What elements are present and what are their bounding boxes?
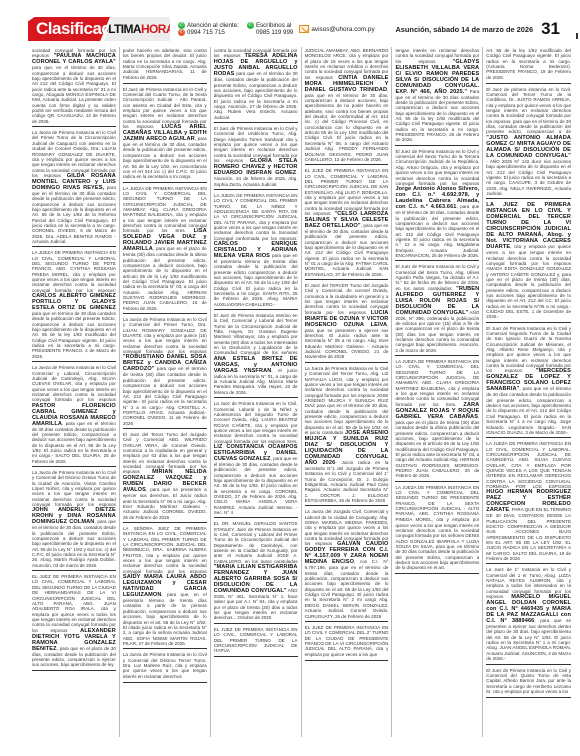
notice-parties: CARLOS ALBERTO GIMENEZ PORTILLO Y GLADYS…	[32, 293, 116, 311]
legal-notice: El Juez de Primera Instancia en lo Civil…	[486, 667, 571, 698]
margin-mark	[576, 33, 578, 39]
legal-notice: poder hacerlo en adelante, sino contra l…	[123, 47, 207, 84]
legal-notice: LA JUEZ DE PRIMERA INSTANCIA EN LO CIVIL…	[486, 201, 571, 322]
notice-text-cont: , para que en el plazo de treinta (30) d…	[395, 414, 479, 478]
legal-notice: LA JUEZA DE PRIMERA INSTANCIA EN LO CIVI…	[395, 358, 479, 482]
notice-text: EL JUEZ DE PRIMERA INSTANCIA EN LO CIVIL…	[305, 168, 389, 216]
column-5: tengan interés en reclamar derechos cont…	[392, 47, 483, 737]
notice-text: EL JUEZ DE PRIMERA INSTANCIA EN LO CIVIL…	[214, 627, 298, 653]
legal-notice: El Juez de Primera Instancia en lo Civil…	[214, 125, 298, 190]
notice-text-cont: AÑO 2026, N° 396, ordenando la publicaci…	[395, 310, 479, 353]
dateline: Asunción, sábado 14 de marzo de 2026	[395, 25, 533, 34]
notice-text: La Jueza de Primera Instancia en lo Civi…	[123, 317, 207, 354]
phone-icon: ✆	[178, 29, 185, 36]
legal-notice: La Juez de Primera Instancia en lo Civil…	[214, 400, 298, 518]
legal-notice: La Jueza de Primera Instancia en lo Civi…	[123, 651, 207, 682]
notice-text: La Jueza de Primera Instancia en lo Civi…	[305, 366, 389, 435]
notice-text: EL JUEZ DE PRIMERA INSTANCIA EN LO CIVIL…	[32, 574, 116, 632]
notice-text: El Juez del Tercer Turno del Juzgado Civ…	[123, 432, 207, 474]
legal-notice: tengan interés en reclamar derechos cont…	[395, 47, 479, 146]
legal-notice: El Juez del TERCER Turno del Juzgado Civ…	[305, 282, 389, 363]
notice-text: El Juez de Primera Instancia en lo Civil…	[123, 87, 207, 129]
notice-text-cont: , para que en el término de 30 días cont…	[486, 386, 571, 434]
notice-text: poder hacerlo en adelante, sino contra l…	[123, 48, 207, 80]
legal-notice: El Juez de primera instancia en lo Civil…	[486, 86, 571, 200]
notice-text: La Jueza de Primera Instancia en lo Civi…	[32, 470, 116, 507]
legal-notice: La Jueza de Primera Instancia en lo Civi…	[305, 365, 389, 507]
notice-text-cont: Para que en el término de 30 días contad…	[395, 89, 479, 143]
notice-parties: LA JUEZ DE PRIMERA INSTANCIA EN LO CIVIL…	[486, 202, 571, 250]
legal-notice: LA SEÑORA JUEZ DE PRIMERA INSTANCIA EN L…	[123, 525, 207, 649]
page-number: 31	[541, 19, 560, 39]
write-us-phone[interactable]: 0985 119 999	[256, 29, 293, 36]
legal-notice: El Juez del Tercer Turno del Juzgado Civ…	[123, 431, 207, 523]
notice-text: La Jueza de Primera Instancia en lo Civi…	[32, 130, 116, 178]
legal-notice: EL DR. MANUEL GERALDO SANTOS STANLEY, Ju…	[214, 520, 298, 623]
column-2: poder hacerlo en adelante, sino contra l…	[120, 47, 211, 737]
column-4: JUDICIAL AMAMBAY, ABG. BERNARDO MONGELOS…	[302, 47, 393, 737]
legal-notice: La Jueza de Primera Instancia en lo Civi…	[32, 129, 116, 247]
notice-text-cont: , para que en el término de 30 días, con…	[32, 519, 116, 567]
notice-text-cont: para que en el término de treinta (30) d…	[123, 366, 207, 425]
notice-parties: "MARIA LILIAN ESTIGARRIBA FERNANDEZ Y JU…	[214, 564, 298, 594]
column-6: Art. 55 de la ley 1/92 modificado del Có…	[483, 47, 574, 737]
legal-notice: LA JUEZA DE PRIMERA INSTANCIA EN LO CIVI…	[123, 185, 207, 315]
legal-notice: La Jueza del Juzgado Civil, Comercial y …	[305, 508, 389, 622]
notice-text-cont: , para que en el plazo de treinta (30) d…	[123, 246, 207, 310]
notice-text: El Juez de Primera Instancia en lo Civil…	[395, 149, 479, 186]
notice-text-cont: , para que en el término de 30 días, com…	[305, 87, 389, 162]
notice-text: LA JUEZA DE PRIMERA INSTANCIA EN LO CIVI…	[123, 186, 207, 234]
notice-text: EL JUEZ DE PRIMERA INSTANCIA EN LO CIVIL…	[305, 625, 389, 657]
legal-notice: Art. 55 de la ley 1/92 modificado del Có…	[486, 47, 571, 84]
notice-text-cont: , cita y emplaza por quince veces a los …	[486, 244, 571, 319]
legal-notice: EL JUEZ DE PRIMERA INSTANCIA EN LO CIVIL…	[214, 626, 298, 657]
notice-text: LA JUEZA DE PRIMERA INSTANCIA EN LO CIVI…	[395, 359, 479, 407]
notice-text-cont: , con C.I. N° 6.797.196, para que en el …	[305, 559, 389, 618]
whatsapp-icon: ✆	[178, 22, 185, 29]
page-header: Clasificados ULTIMAHORA ✆ ✆ Atención al …	[28, 16, 580, 42]
notice-text-cont: , cita y emplaza por quince veces a los …	[395, 517, 479, 571]
notice-text-cont: , para que, en el perentorio término de …	[123, 592, 207, 646]
legal-notice: LA JUEZA DE PRIMERA INSTANCIA EN LO CIVI…	[395, 484, 479, 574]
notice-text: Art. 55 de la ley 1/92 modificado del Có…	[486, 48, 571, 80]
legal-notice: contra la sociedad conyugal formada por …	[214, 47, 298, 123]
email-contact: avisos@uhora.com.py	[299, 25, 374, 33]
customer-service-label: Atención al cliente:	[187, 22, 239, 29]
notice-text: El Juez de Primera Instancia en lo Civil…	[486, 668, 571, 694]
legal-notice: EL JUEZ DE PRIMERA INSTANCIA EN LO CIVIL…	[32, 573, 116, 670]
legal-notice: El Juez de Primera Instancia Interino en…	[214, 312, 298, 398]
legal-notice: JUDICIAL AMAMBAY, ABG. BERNARDO MONGELOS…	[305, 47, 389, 165]
notice-text-cont: para que en el perentorio término de tre…	[214, 253, 298, 307]
notice-text-cont: , PARA QUE EN EL TÉRMINO DE 30 DÍAS, CON…	[486, 507, 571, 561]
customer-service-phone[interactable]: 0994 715 715	[187, 29, 239, 36]
notice-text-cont: , para que en el término de 30 días cont…	[32, 421, 116, 464]
whatsapp-contact: ✆ Escríbinos al 0985 119 999	[247, 22, 293, 36]
whatsapp-icon: ✆	[247, 22, 254, 29]
classifieds-columns: sociedad conyugal formada por los esposo…	[29, 47, 574, 737]
notice-parties: "JUSTO ANTONIO ALMADA GOMEZ C/ MIRTA AGU…	[486, 135, 571, 159]
notice-text-cont: para que en término de 30 días contados …	[32, 311, 116, 359]
notice-text-cont: , para que se presenten a ejercer sus de…	[486, 618, 571, 661]
notice-text: EL DR. MANUEL GERALDO SANTOS STANLEY, Ju…	[214, 521, 298, 563]
notice-text: LA JUEZA DE PRIMERA INSTANCIA EN LO CIVI…	[486, 441, 571, 489]
logo-part-hora: HORA	[141, 22, 174, 36]
notice-text: LA SEÑORA JUEZ DE PRIMERA INSTANCIA EN L…	[123, 526, 207, 574]
notice-text: El Juez de Primera Instancia Interino en…	[214, 313, 298, 355]
section-title: Clasificados	[28, 17, 110, 41]
notice-text: El Juez de primera instancia en lo Civil…	[486, 87, 571, 135]
legal-notice: El Juez de Primera Instancia en lo Civil…	[395, 148, 479, 262]
notice-text-cont: para que en el término de 30 días, conta…	[214, 71, 298, 119]
notice-text-cont: - Juicio radica en la secretaría N°1 del…	[305, 460, 389, 503]
column-1: sociedad conyugal formada por los esposo…	[29, 47, 120, 737]
notice-text: El Juez de Primera Instancia en lo Civil…	[486, 326, 571, 374]
notice-text: La Jueza de Primera Instancia en lo Civi…	[123, 652, 207, 678]
write-us-label: Escríbinos al	[256, 22, 293, 29]
notice-text-cont: , para que en el término de 30 días, con…	[123, 136, 207, 179]
notice-text: La Juez de Primera Instancia en lo Civil…	[214, 401, 298, 443]
legal-notice: El Juez de Primera Instancia en lo Civil…	[395, 263, 479, 356]
legal-notice: EL JUEZ DE PRIMERA INSTANCIA EN LO CIVIL…	[305, 624, 389, 661]
legal-notice: La Juez de 1° Instancia en lo Civil y Co…	[486, 566, 571, 664]
legal-notice: EL JUEZ DE PRIMERA INSTANCIA EN LO CIVIL…	[305, 167, 389, 280]
notice-text: La Jueza de Primera Instancia en lo Civi…	[32, 365, 116, 402]
legal-notice: La Jueza de Primera Instancia en lo Civi…	[32, 469, 116, 571]
notice-text-cont: , para que en el término de 30 días, con…	[395, 204, 479, 258]
notice-text-cont: , para que en el término de 30 días, con…	[305, 223, 389, 277]
legal-notice: La Jueza de Primera Instancia en lo Civi…	[32, 364, 116, 467]
legal-notice: LA JUEZA DE PRIMERA INSTANCIA EN LO CIVI…	[214, 192, 298, 310]
notice-text-cont: - AÑO 2025 N° 142 ducir sus acciones baj…	[486, 159, 571, 196]
legal-notice: El Juez de Primera Instancia en lo Civil…	[123, 86, 207, 183]
envelope-icon	[299, 25, 309, 33]
email-link[interactable]: avisos@uhora.com.py	[311, 26, 374, 33]
notice-text-cont: para que en el término de 30 días contad…	[32, 185, 116, 244]
legal-notice: La Jueza de Primera Instancia en lo Civi…	[123, 316, 207, 429]
customer-service-contact: ✆ ✆ Atención al cliente: 0994 715 715	[178, 22, 239, 36]
notice-text: LA JUEZA DE PRIMERA INSTANCIA EN LO CIVI…	[32, 250, 116, 292]
notice-text-cont: para que, en el término de 30 días, comp…	[32, 65, 116, 123]
notice-text-cont: , para que se presenten a ejercer sus de…	[305, 322, 389, 360]
ultimahora-logo: ULTIMAHORA	[104, 17, 170, 41]
column-3: contra la sociedad conyugal formada por …	[211, 47, 302, 737]
notice-text: LA JUEZA DE PRIMERA INSTANCIA EN LO CIVI…	[214, 193, 298, 241]
notice-text-cont: , para que en el término de 30 días, con…	[214, 456, 298, 515]
legal-notice: El Juez de Primera Instancia en lo Civil…	[486, 325, 571, 439]
legal-notice: LA JUEZA DE PRIMERA INSTANCIA EN LO CIVI…	[32, 249, 116, 362]
legal-notice: sociedad conyugal formada por los esposo…	[32, 47, 116, 127]
legal-notice: LA JUEZA DE PRIMERA INSTANCIA EN LO CIVI…	[486, 440, 571, 564]
